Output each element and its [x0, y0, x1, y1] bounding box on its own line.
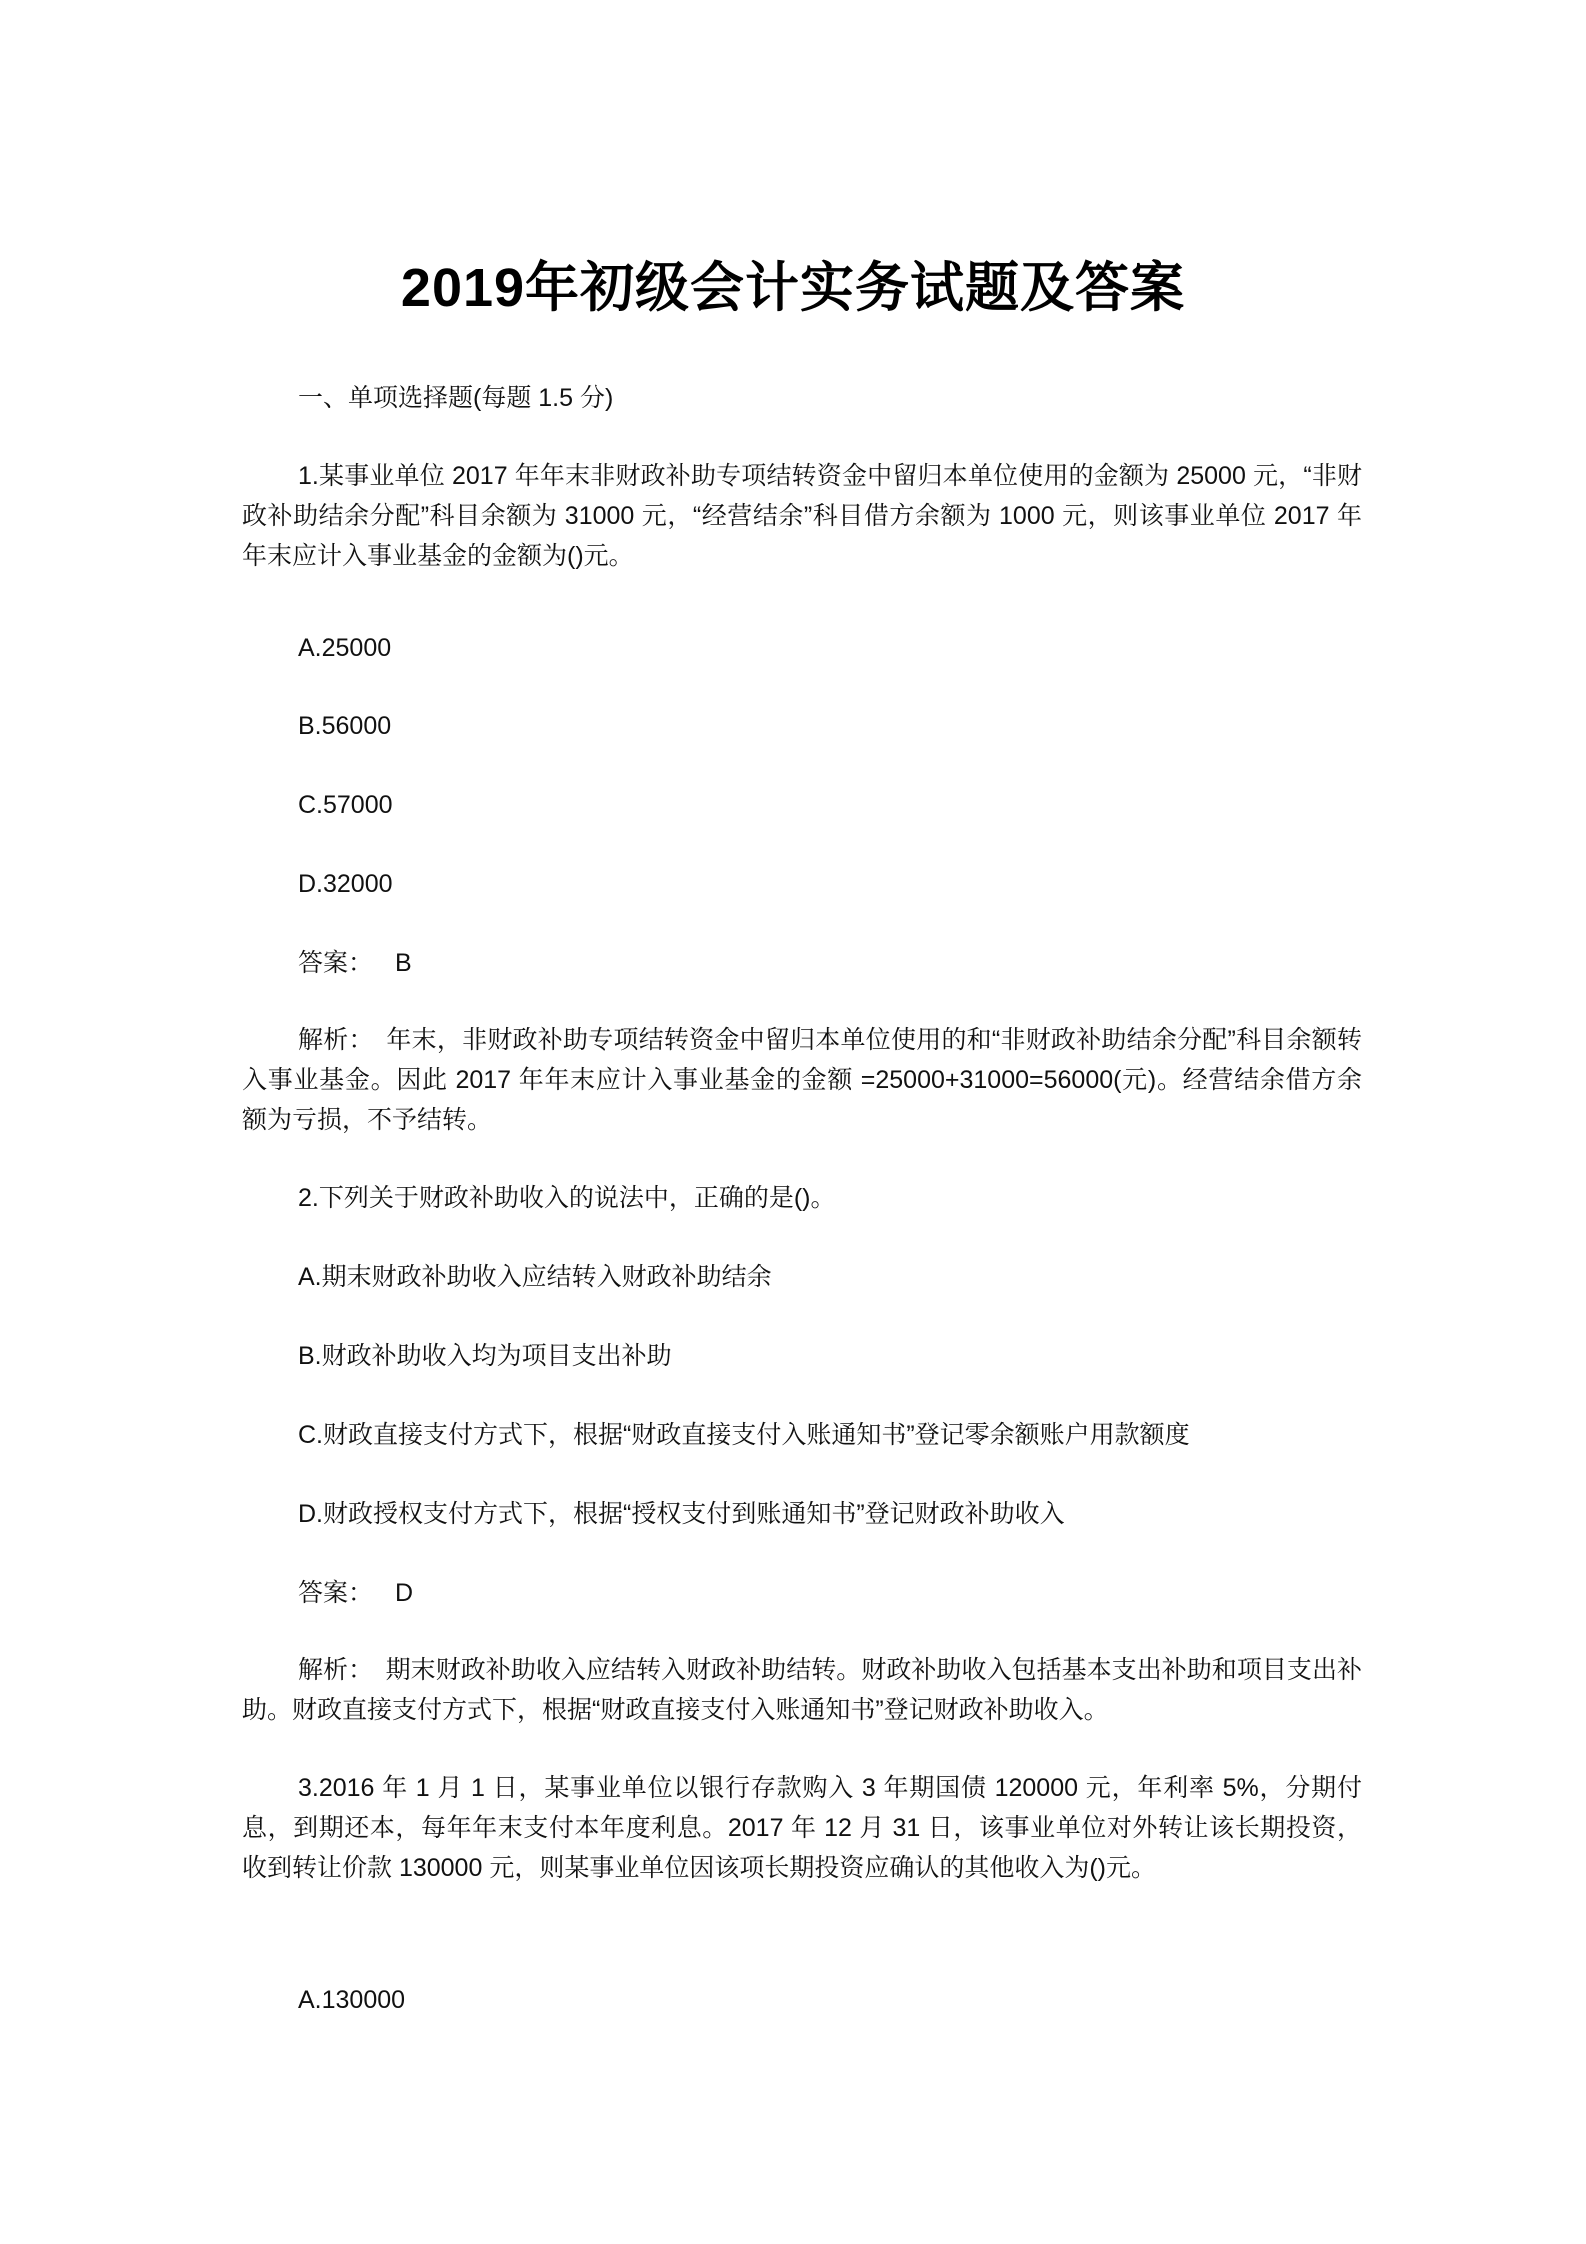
question-2-analysis: 解析： 期末财政补助收入应结转入财政补助结转。财政补助收入包括基本支出补助和项目…: [242, 1650, 1362, 1730]
question-1-answer: 答案：B: [298, 943, 1418, 983]
answer-value: D: [395, 1579, 413, 1607]
question-1-option-c: C.57000: [298, 785, 1418, 825]
question-1-option-d: D.32000: [298, 864, 1418, 904]
question-2-option-d: D.财政授权支付方式下，根据“授权支付到账通知书”登记财政补助收入: [298, 1494, 1418, 1534]
question-1-analysis: 解析： 年末，非财政补助专项结转资金中留归本单位使用的和“非财政补助结余分配”科…: [242, 1020, 1362, 1140]
document-page: 2019年初级会计实务试题及答案 一、单项选择题(每题 1.5 分) 1.某事业…: [0, 0, 1586, 2244]
question-1-option-a: A.25000: [298, 628, 1418, 668]
section-heading: 一、单项选择题(每题 1.5 分): [298, 378, 1418, 418]
document-title: 2019年初级会计实务试题及答案: [0, 256, 1586, 320]
question-2-option-b: B.财政补助收入均为项目支出补助: [298, 1336, 1418, 1376]
question-1-option-b: B.56000: [298, 706, 1418, 746]
question-2-option-c: C.财政直接支付方式下，根据“财政直接支付入账通知书”登记零余额账户用款额度: [298, 1415, 1418, 1455]
question-2-answer: 答案：D: [298, 1573, 1418, 1613]
answer-label: 答案：: [298, 949, 373, 977]
question-2-option-a: A.期末财政补助收入应结转入财政补助结余: [298, 1257, 1418, 1297]
answer-label: 答案：: [298, 1579, 373, 1607]
question-3-stem: 3.2016 年 1 月 1 日，某事业单位以银行存款购入 3 年期国债 120…: [242, 1768, 1362, 1888]
question-3-option-a: A.130000: [298, 1980, 1418, 2020]
question-1-stem: 1.某事业单位 2017 年年末非财政补助专项结转资金中留归本单位使用的金额为 …: [242, 456, 1362, 576]
answer-value: B: [395, 949, 412, 977]
question-2-stem: 2.下列关于财政补助收入的说法中，正确的是()。: [298, 1178, 1418, 1218]
